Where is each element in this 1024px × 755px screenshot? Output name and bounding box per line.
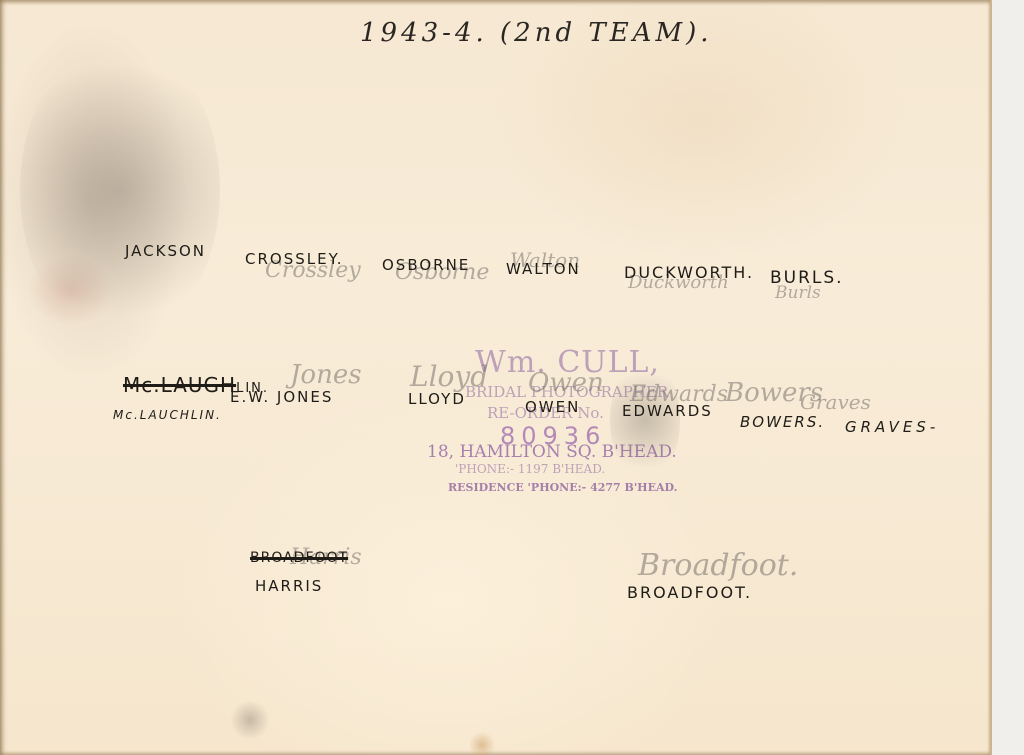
pencil-name: Graves bbox=[800, 390, 871, 414]
stain bbox=[20, 40, 220, 340]
document-title: 1943-4. (2nd TEAM). bbox=[360, 18, 713, 48]
pencil-name: Jones bbox=[290, 360, 362, 390]
stamp-phone: 'PHONE:- 1197 B'HEAD. bbox=[455, 462, 605, 476]
photo-back-paper: 1943-4. (2nd TEAM). Crossley Osborne Wal… bbox=[0, 0, 992, 755]
player-name: HARRIS bbox=[255, 577, 323, 595]
player-name: OSBORNE bbox=[382, 256, 470, 274]
player-name: BOWERS. bbox=[740, 413, 825, 431]
player-name: LLOYD bbox=[408, 390, 466, 408]
pencil-name: Lloyd bbox=[410, 360, 488, 393]
player-name: EDWARDS bbox=[622, 402, 713, 420]
player-name: WALTON bbox=[506, 260, 581, 278]
struck-out-text: Mc.LAUGH bbox=[123, 373, 236, 397]
player-name: BURLS. bbox=[770, 268, 844, 288]
player-name: CROSSLEY. bbox=[245, 250, 343, 268]
stain bbox=[470, 730, 494, 755]
scanner-margin bbox=[992, 0, 1024, 755]
player-name: BROADFOOT. bbox=[627, 583, 752, 602]
stain bbox=[610, 360, 680, 480]
pencil-name: Owen bbox=[528, 368, 604, 398]
player-name: JACKSON bbox=[125, 242, 206, 260]
pencil-name: Broadfoot. bbox=[638, 548, 798, 583]
name-correction: Mc.LAUCHLIN. bbox=[113, 408, 222, 422]
player-name: OWEN bbox=[525, 398, 580, 416]
player-name: E.W. JONES bbox=[230, 388, 333, 406]
player-name: GRAVES- bbox=[845, 418, 939, 436]
struck-out-name: BROADFOOT bbox=[250, 550, 348, 566]
stamp-residence-phone: RESIDENCE 'PHONE:- 4277 B'HEAD. bbox=[448, 481, 677, 494]
stain bbox=[230, 700, 270, 740]
player-name: DUCKWORTH. bbox=[624, 263, 754, 282]
